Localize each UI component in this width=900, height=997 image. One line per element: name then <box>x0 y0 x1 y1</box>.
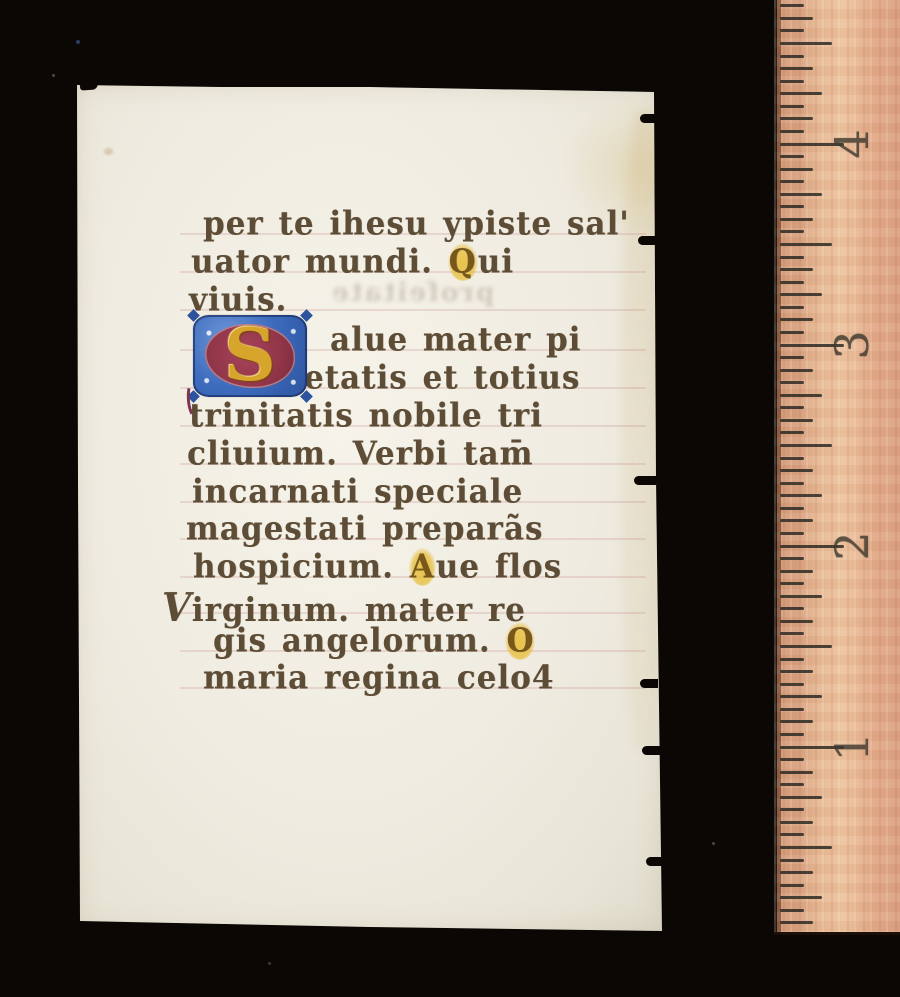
dust-speck <box>76 40 80 44</box>
show-through-text: profeitate <box>330 278 494 308</box>
text-segment: per te ihesu ypiste sal' <box>203 205 630 243</box>
text-segment: cliuium. Verbi tam̄ <box>187 435 533 473</box>
ruler-tick <box>780 218 813 221</box>
ruler-tick <box>780 4 804 7</box>
ruler-tick <box>780 42 832 45</box>
text-segment: ui <box>478 243 514 281</box>
ruler-tick <box>780 155 804 158</box>
ruler-tick <box>780 821 813 824</box>
ruler-tick <box>780 645 832 648</box>
ruler-tick <box>780 406 804 409</box>
sewing-notch <box>646 857 662 866</box>
ruler-tick <box>780 457 804 460</box>
ruler-tick <box>780 846 832 849</box>
ruler-tick <box>780 519 813 522</box>
ruler-tick <box>780 67 813 70</box>
ruler-tick <box>780 570 813 573</box>
ruler-tick <box>780 431 804 434</box>
text-segment: etatis et totius <box>304 359 580 397</box>
ruler-tick <box>780 884 804 887</box>
ruler-tick <box>780 796 822 799</box>
ruler-tick <box>780 833 804 836</box>
ruler-tick <box>780 896 822 899</box>
ruler-tick <box>780 871 813 874</box>
manuscript-text-line: gis angelorum. O <box>213 622 535 660</box>
ruler-tick <box>780 632 804 635</box>
manuscript-text-line: maria regina celo4 <box>203 659 554 697</box>
text-segment: trinitatis nobile tri <box>189 397 543 435</box>
ruler-number: 4 <box>824 116 880 172</box>
ruler-tick <box>780 909 804 912</box>
text-segment: magestati preparãs <box>186 510 543 548</box>
ruler-tick <box>780 80 804 83</box>
ruler-tick <box>780 243 832 246</box>
ruler-tick <box>780 494 822 497</box>
ruler-tick <box>780 532 804 535</box>
manuscript-text-line: trinitatis nobile tri <box>189 397 543 435</box>
text-segment: alue mater pi <box>330 321 581 359</box>
gilt-capital: A <box>409 548 436 586</box>
text-segment: uator mundi. <box>191 243 448 281</box>
manuscript-text-line: incarnati speciale <box>192 473 523 511</box>
ruler-tick <box>780 469 813 472</box>
ruler-tick <box>780 394 822 397</box>
text-segment: V <box>162 584 192 630</box>
ruler-tick <box>780 607 804 610</box>
text-segment: gis angelorum. <box>213 622 505 660</box>
sewing-notch <box>634 476 656 485</box>
ruler-tick <box>780 193 822 196</box>
ruler-tick <box>780 620 813 623</box>
ruler-tick <box>780 180 804 183</box>
ruler-number: 1 <box>824 719 880 775</box>
initial-gold-letter: S <box>193 315 307 397</box>
ruler-tick <box>780 695 822 698</box>
ruler-tick <box>780 859 804 862</box>
ruler-tick <box>780 758 804 761</box>
ruler-tick <box>780 29 804 32</box>
ruler-tick <box>780 318 813 321</box>
ruler-tick <box>780 482 804 485</box>
ruler-tick <box>780 293 822 296</box>
manuscript-text-line: etatis et totius <box>304 359 580 397</box>
ruler-tick <box>780 55 804 58</box>
manuscript-text-line: per te ihesu ypiste sal' <box>203 205 630 243</box>
ruler-tick <box>780 658 804 661</box>
manuscript-text-line: uator mundi. Qui <box>191 243 514 281</box>
sewing-notch <box>638 236 658 245</box>
sewing-notch <box>640 114 660 123</box>
ruler-tick <box>780 356 804 359</box>
ruler-tick <box>780 168 813 171</box>
gilt-capital: Q <box>448 243 478 281</box>
ruler-tick <box>780 708 804 711</box>
ruler-tick <box>780 230 804 233</box>
ruler-tick <box>780 771 813 774</box>
text-segment: ue flos <box>436 548 562 586</box>
ruler-tick <box>780 557 804 560</box>
ruler-tick <box>780 783 804 786</box>
text-segment: incarnati speciale <box>192 473 523 511</box>
illuminated-initial-S: S <box>193 315 307 397</box>
ruler-tick <box>780 670 813 673</box>
ruler-tick <box>780 921 813 924</box>
ruler-tick <box>780 105 804 108</box>
ruler-tick <box>780 92 822 95</box>
ruler-tick <box>780 281 804 284</box>
ruler-tick <box>780 306 804 309</box>
ruler-tick <box>780 507 804 510</box>
manuscript-text-line: alue mater pi <box>330 321 581 359</box>
ruler-tick <box>780 444 832 447</box>
ruler-tick <box>780 256 804 259</box>
dust-speck <box>712 842 715 845</box>
ruler-number: 3 <box>824 317 880 373</box>
ruler-tick <box>780 683 804 686</box>
ruler-tick <box>780 381 804 384</box>
ruler-tick <box>780 369 813 372</box>
ruler-number: 2 <box>824 518 880 574</box>
ruler-tick <box>780 117 813 120</box>
ruler-tick <box>780 331 804 334</box>
ruler-tick <box>780 130 804 133</box>
gilt-capital: O <box>505 622 535 660</box>
ruler-tick <box>780 720 813 723</box>
manuscript-text-line: magestati preparãs <box>186 510 543 548</box>
ruler-tick <box>780 419 813 422</box>
photo-of-manuscript-leaf-with-ruler: { "scene": { "description": "Photograph … <box>0 0 900 997</box>
ruler-tick <box>780 268 813 271</box>
ruler-tick <box>780 582 804 585</box>
sewing-notch <box>642 746 660 755</box>
wooden-inch-ruler: 1234 <box>774 0 900 935</box>
dust-speck <box>52 74 55 77</box>
ruler-tick <box>780 733 804 736</box>
vellum-freckle <box>104 148 113 155</box>
text-segment: maria regina celo4 <box>203 659 554 697</box>
ruler-tick <box>780 205 804 208</box>
text-segment: hospicium. <box>193 548 409 586</box>
dust-speck <box>268 962 271 965</box>
ruler-tick <box>780 17 813 20</box>
manuscript-text-line: cliuium. Verbi tam̄ <box>187 435 533 473</box>
manuscript-text-line: hospicium. Aue flos <box>193 548 562 586</box>
ruler-tick <box>780 808 804 811</box>
sewing-notch <box>640 679 658 688</box>
ruler-tick <box>780 595 822 598</box>
